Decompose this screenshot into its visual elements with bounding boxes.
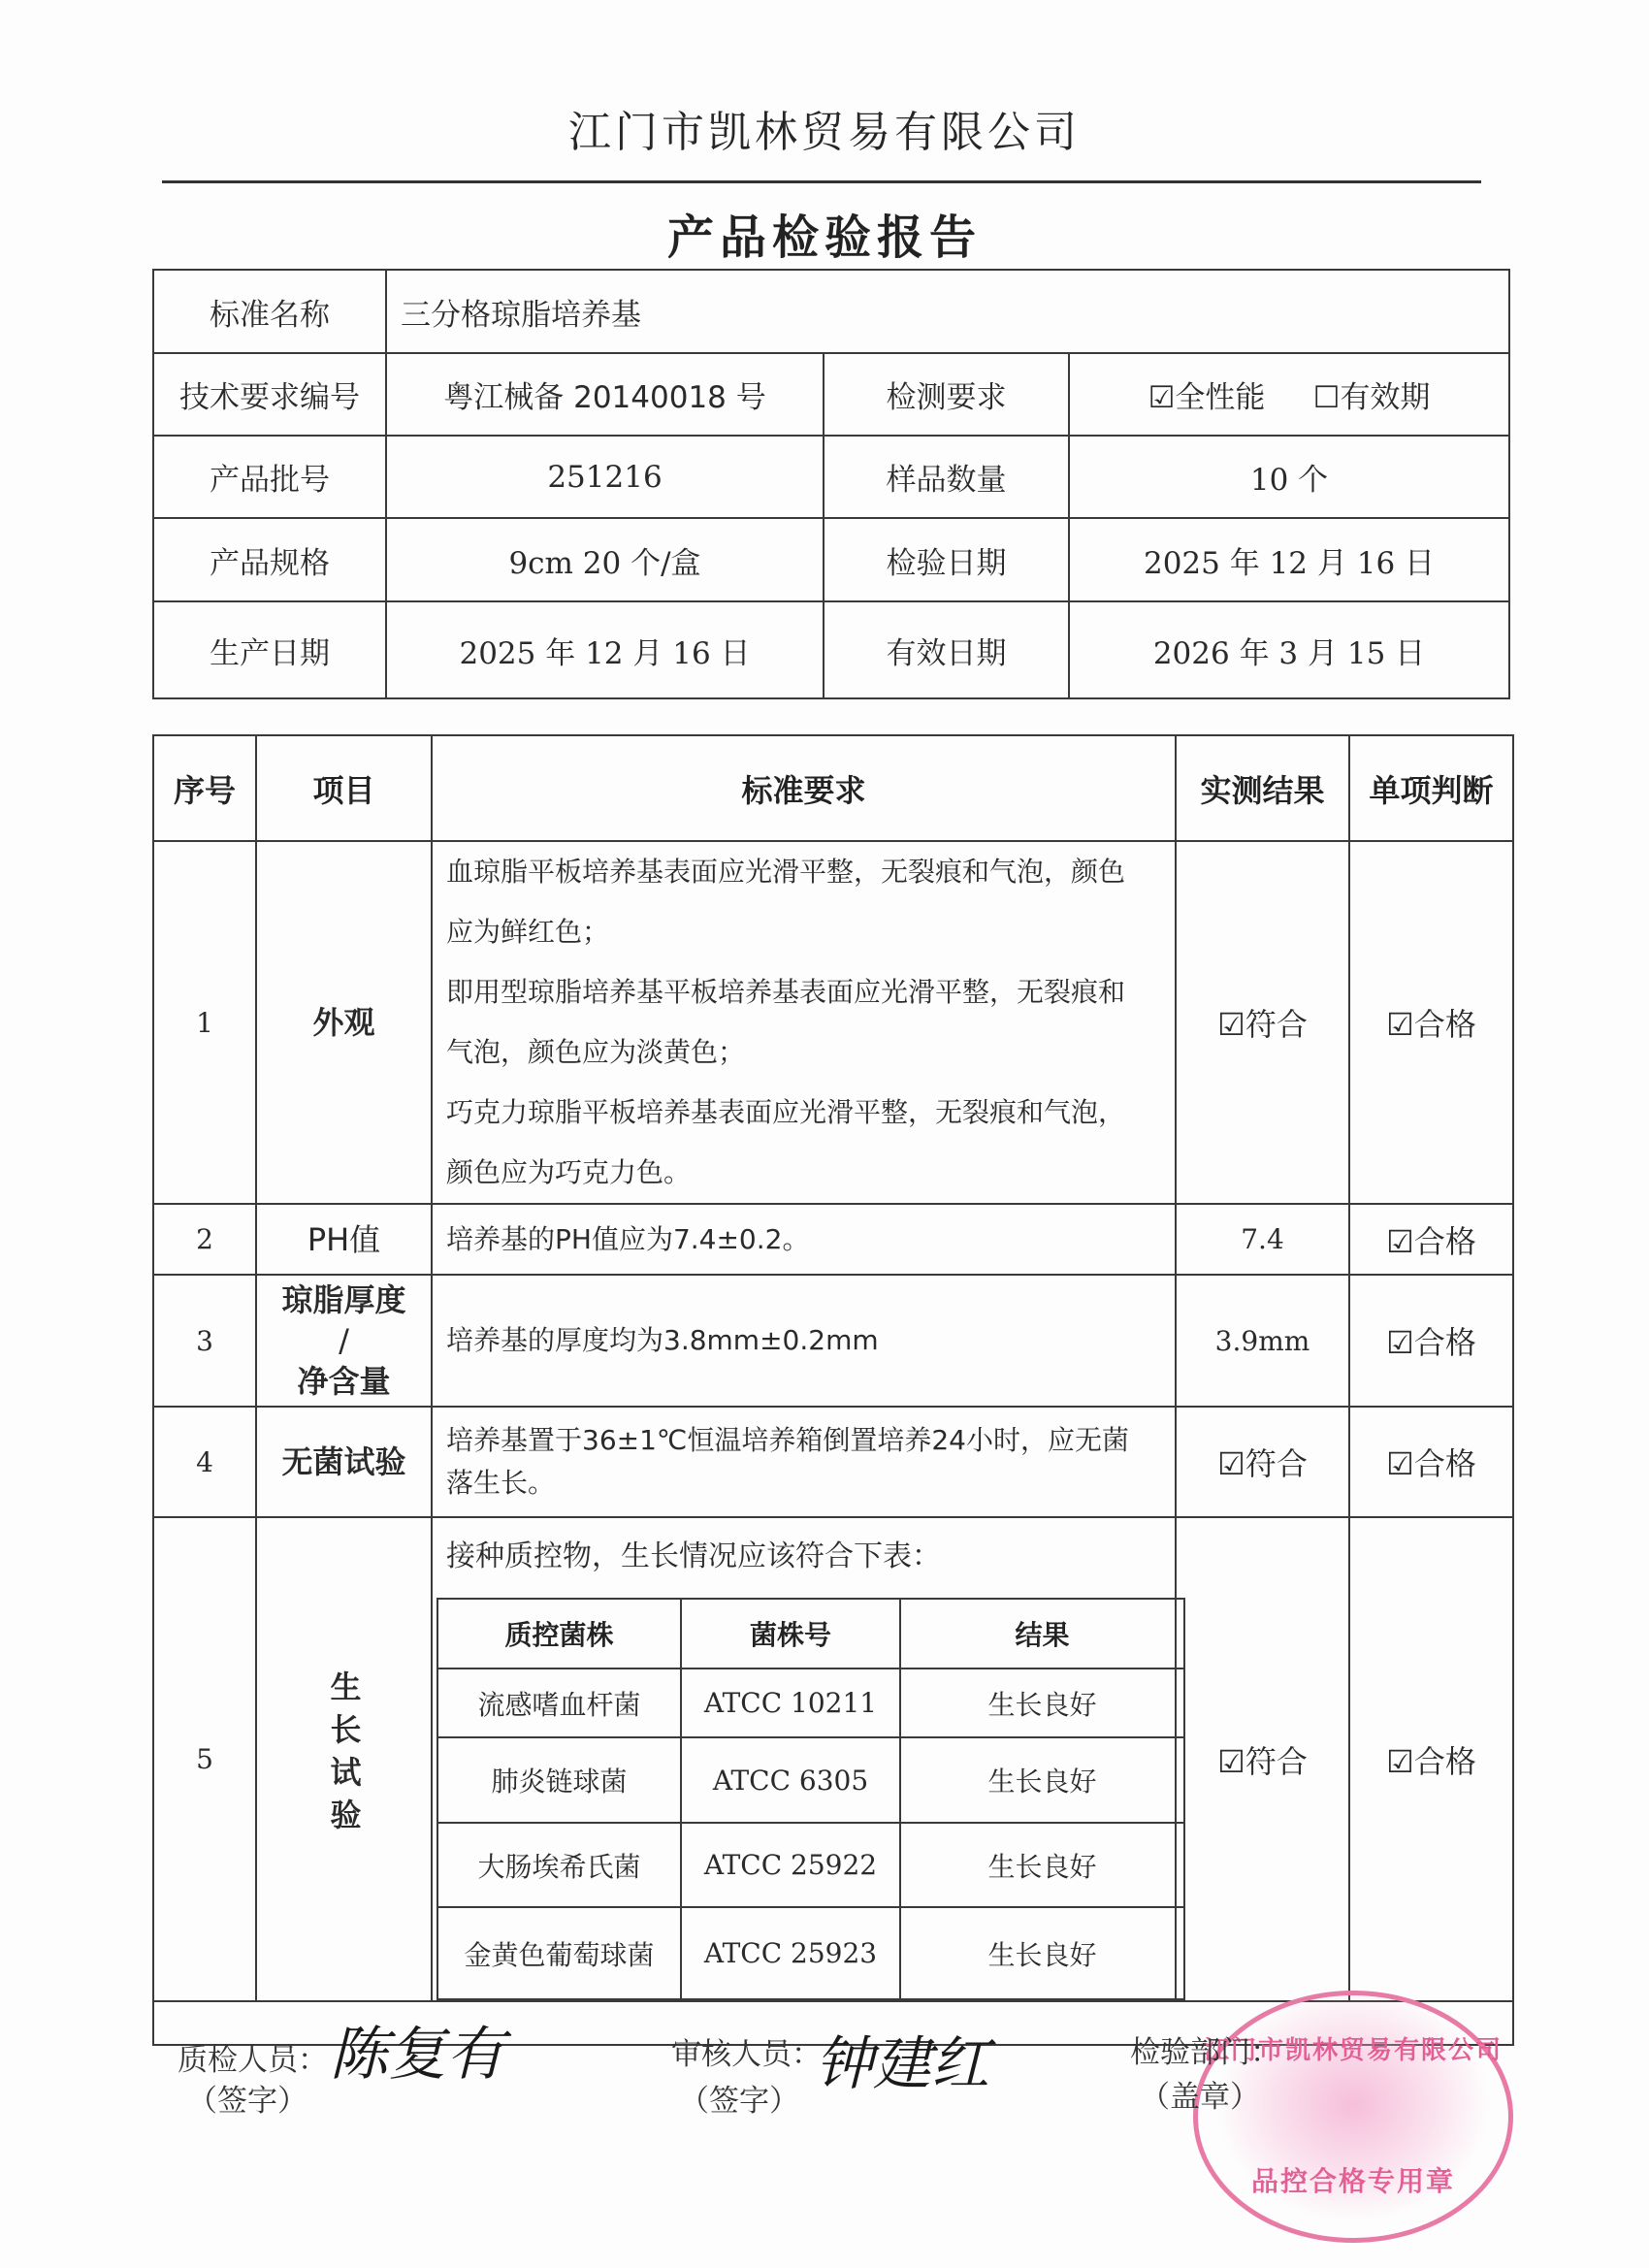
test-requirement-label: 检测要求 [824,353,1069,436]
growth-test-label: 生长试验 [322,1670,367,1841]
result-value: 3.9mm [1176,1275,1349,1407]
checked-box-icon: ☑ [1148,380,1176,415]
test-requirement-options: ☑全性能 ☐有效期 [1069,353,1509,436]
strain-row: 流感嗜血杆菌 ATCC 10211 生长良好 [437,1669,1184,1737]
result-value: 7.4 [1176,1204,1349,1275]
strain-table: 质控菌株 菌株号 结果 流感嗜血杆菌 ATCC 10211 生长良好 肺炎链球菌… [436,1598,1185,2000]
report-title: 产品检验报告 [0,200,1649,267]
result-checkbox[interactable]: ☑符合 [1176,1517,1349,2001]
result-checkbox[interactable]: ☑符合 [1176,841,1349,1204]
info-table: 标准名称 三分格琼脂培养基 技术要求编号 粤江械备 20140018 号 检测要… [152,269,1510,699]
tech-req-no-value: 粤江械备 20140018 号 [386,353,824,436]
production-date-value: 2025 年 12 月 16 日 [386,601,824,698]
checkbox-validity-period[interactable]: ☐有效期 [1313,380,1431,415]
batch-no-label: 产品批号 [153,436,386,518]
result-checkbox[interactable]: ☑符合 [1176,1407,1349,1517]
strain-row: 大肠埃希氏菌 ATCC 25922 生长良好 [437,1823,1184,1907]
header-judgment: 单项判断 [1349,735,1513,841]
inspector-sub-label: （签字） [187,2076,307,2120]
results-table: 序号 项目 标准要求 实测结果 单项判断 1 外观 血琼脂平板培养基表面应光滑平… [152,734,1514,2046]
sample-qty-value: 10 个 [1069,436,1509,518]
judgment-checkbox[interactable]: ☑合格 [1349,1517,1513,2001]
inspection-date-value: 2025 年 12 月 16 日 [1069,518,1509,601]
strain-row: 肺炎链球菌 ATCC 6305 生长良好 [437,1737,1184,1823]
judgment-checkbox[interactable]: ☑合格 [1349,1275,1513,1407]
table-row: 5 生长试验 接种质控物，生长情况应该符合下表： 质控菌株 菌株号 结果 流感嗜… [153,1517,1513,2001]
requirement-text: 培养基的厚度均为3.8mm±0.2mm [432,1275,1176,1407]
inspection-date-label: 检验日期 [824,518,1069,601]
header-result: 实测结果 [1176,735,1349,841]
requirement-text: 培养基的PH值应为7.4±0.2。 [432,1204,1176,1275]
production-date-label: 生产日期 [153,601,386,698]
department-sub-label: （盖章） [1140,2072,1260,2116]
tech-req-no-label: 技术要求编号 [153,353,386,436]
judgment-checkbox[interactable]: ☑合格 [1349,1407,1513,1517]
table-row: 4 无菌试验 培养基置于36±1℃恒温培养箱倒置培养24小时，应无菌 落生长。 … [153,1407,1513,1517]
reviewer-label: 审核人员： [671,2029,822,2073]
table-row: 2 PH值 培养基的PH值应为7.4±0.2。 7.4 ☑合格 [153,1204,1513,1275]
header-requirement: 标准要求 [432,735,1176,841]
batch-no-value: 251216 [386,436,824,518]
checkbox-full-performance[interactable]: ☑全性能 [1148,380,1266,415]
table-row: 3 琼脂厚度 / 净含量 培养基的厚度均为3.8mm±0.2mm 3.9mm ☑… [153,1275,1513,1407]
company-name: 江门市凯林贸易有限公司 [0,97,1649,159]
expiry-date-label: 有效日期 [824,601,1069,698]
inspector-signature: 陈复有 [330,2008,504,2091]
judgment-checkbox[interactable]: ☑合格 [1349,841,1513,1204]
header-seq: 序号 [153,735,256,841]
header-item: 项目 [256,735,432,841]
strain-row: 金黄色葡萄球菌 ATCC 25923 生长良好 [437,1907,1184,1999]
inspector-label: 质检人员： [178,2035,328,2079]
reviewer-sub-label: （签字） [679,2076,799,2120]
unchecked-box-icon: ☐ [1313,380,1341,415]
requirement-text: 血琼脂平板培养基表面应光滑平整，无裂痕和气泡，颜色 应为鲜红色； 即用型琼脂培养… [432,841,1176,1204]
department-label: 检验部门： [1130,2027,1280,2071]
requirement-text: 培养基置于36±1℃恒温培养箱倒置培养24小时，应无菌 落生长。 [432,1407,1176,1517]
spec-label: 产品规格 [153,518,386,601]
growth-intro-text: 接种质控物，生长情况应该符合下表： [446,1532,941,1574]
judgment-checkbox[interactable]: ☑合格 [1349,1204,1513,1275]
header-divider [162,180,1481,183]
spec-value: 9cm 20 个/盒 [386,518,824,601]
reviewer-signature: 钟建红 [815,2018,989,2101]
standard-name-value: 三分格琼脂培养基 [386,270,1509,353]
stamp-bottom-text: 品控合格专用章 [1198,2160,1508,2199]
results-header-row: 序号 项目 标准要求 实测结果 单项判断 [153,735,1513,841]
table-row: 1 外观 血琼脂平板培养基表面应光滑平整，无裂痕和气泡，颜色 应为鲜红色； 即用… [153,841,1513,1204]
sample-qty-label: 样品数量 [824,436,1069,518]
standard-name-label: 标准名称 [153,270,386,353]
expiry-date-value: 2026 年 3 月 15 日 [1069,601,1509,698]
